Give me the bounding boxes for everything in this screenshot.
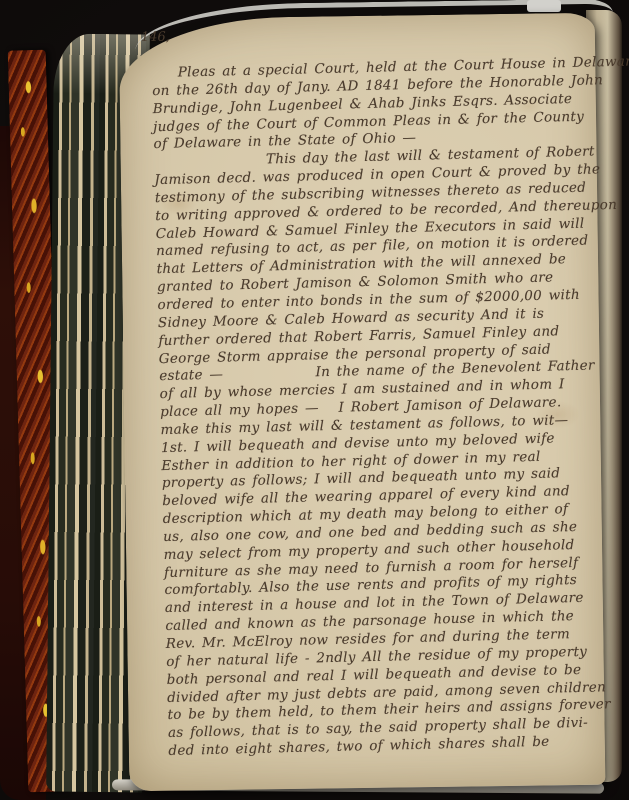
page-number: 146,	[141, 31, 170, 44]
manuscript-page: 146, Pleas at a special Court, held at t…	[119, 13, 606, 792]
mylar-sleeve-tab	[527, 0, 561, 12]
manuscript-text: Pleas at a special Court, held at the Co…	[152, 55, 603, 761]
photographed-book-scene: 146, Pleas at a special Court, held at t…	[0, 0, 629, 800]
